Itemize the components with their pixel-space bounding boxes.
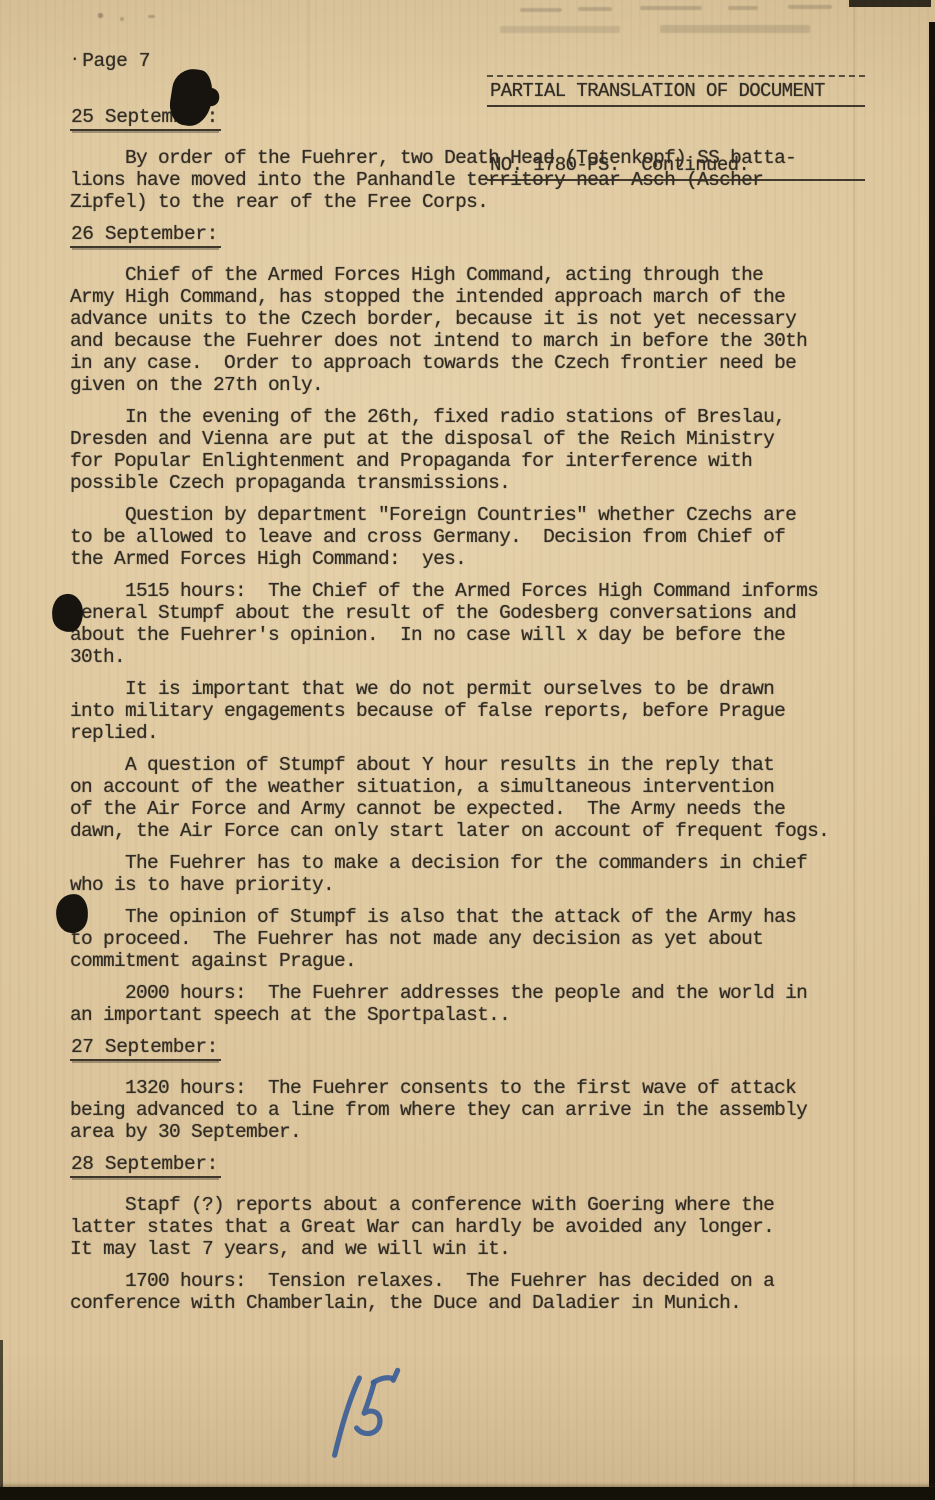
document-body: 25 September: By order of the Fuehrer, t… (70, 106, 882, 1324)
page-number-label: ·Page 7 (70, 50, 150, 72)
date-heading: 27 September: (70, 1036, 882, 1061)
date-heading-text: 28 September: (70, 1153, 221, 1178)
text-line: 30th. (70, 646, 882, 668)
paragraph: A question of Stumpf about Y hour result… (70, 754, 882, 842)
bleedthrough-mark (728, 6, 758, 10)
scan-edge-right (929, 22, 935, 1500)
date-heading-text: 27 September: (70, 1036, 221, 1061)
paragraph: 1320 hours: The Fuehrer consents to the … (70, 1077, 882, 1143)
text-line: It may last 7 years, and we will win it. (70, 1238, 882, 1260)
date-heading: 25 September: (70, 106, 882, 131)
text-line: Army High Command, has stopped the inten… (70, 286, 882, 308)
text-line: area by 30 September. (70, 1121, 882, 1143)
scan-edge-left (0, 1340, 3, 1500)
text-line: into military engagements because of fal… (70, 700, 882, 722)
text-line: who is to have priority. (70, 874, 882, 896)
paragraph: 1700 hours: Tension relaxes. The Fuehrer… (70, 1270, 882, 1314)
date-section: 27 September: 1320 hours: The Fuehrer co… (70, 1036, 882, 1143)
text-line: the Armed Forces High Command: yes. (70, 548, 882, 570)
bleedthrough-mark (640, 6, 702, 10)
paragraph: 2000 hours: The Fuehrer addresses the pe… (70, 982, 882, 1026)
paragraph: It is important that we do not permit ou… (70, 678, 882, 744)
stray-dot-mark: · (70, 50, 79, 68)
text-line: The opinion of Stumpf is also that the a… (70, 906, 882, 928)
text-line: given on the 27th only. (70, 374, 882, 396)
date-heading-text: 25 September: (70, 106, 221, 131)
paragraph: Question by department "Foreign Countrie… (70, 504, 882, 570)
text-line: advance units to the Czech border, becau… (70, 308, 882, 330)
text-line: of the Air Force and Army cannot be expe… (70, 798, 882, 820)
text-line: In the evening of the 26th, fixed radio … (70, 406, 882, 428)
text-line: conference with Chamberlain, the Duce an… (70, 1292, 882, 1314)
stray-speck (120, 17, 124, 21)
text-line: dawn, the Air Force can only start later… (70, 820, 882, 842)
text-line: to be allowed to leave and cross Germany… (70, 526, 882, 548)
text-line: 2000 hours: The Fuehrer addresses the pe… (70, 982, 882, 1004)
paragraph: The opinion of Stumpf is also that the a… (70, 906, 882, 972)
bleedthrough-mark (788, 5, 832, 9)
paragraph: Stapf (?) reports about a conference wit… (70, 1194, 882, 1260)
date-section: 28 September: Stapf (?) reports about a … (70, 1153, 882, 1314)
text-line: to proceed. The Fuehrer has not made any… (70, 928, 882, 950)
text-line: and because the Fuehrer does not intend … (70, 330, 882, 352)
scan-edge-bottom (0, 1487, 935, 1500)
text-line: 1515 hours: The Chief of the Armed Force… (70, 580, 882, 602)
text-line: replied. (70, 722, 882, 744)
text-line: latter states that a Great War can hardl… (70, 1216, 882, 1238)
text-line: By order of the Fuehrer, two Death Head … (70, 147, 882, 169)
text-line: about the Fuehrer's opinion. In no case … (70, 624, 882, 646)
text-line: Stapf (?) reports about a conference wit… (70, 1194, 882, 1216)
date-heading-text: 26 September: (70, 223, 221, 248)
text-line: It is important that we do not permit ou… (70, 678, 882, 700)
paragraph: The Fuehrer has to make a decision for t… (70, 852, 882, 896)
handwritten-page-number (310, 1364, 406, 1469)
text-line: Zipfel) to the rear of the Free Corps. (70, 191, 882, 213)
date-section: 25 September: By order of the Fuehrer, t… (70, 106, 882, 213)
text-line: A question of Stumpf about Y hour result… (70, 754, 882, 776)
text-line: General Stumpf about the result of the G… (70, 602, 882, 624)
paragraph: 1515 hours: The Chief of the Armed Force… (70, 580, 882, 668)
handwritten-15-strokes (310, 1364, 406, 1469)
page-number-text: Page 7 (82, 50, 150, 72)
text-line: The Fuehrer has to make a decision for t… (70, 852, 882, 874)
date-heading: 26 September: (70, 223, 882, 248)
text-line: being advanced to a line from where they… (70, 1099, 882, 1121)
bleedthrough-mark (578, 7, 612, 11)
text-line: Dresden and Vienna are put at the dispos… (70, 428, 882, 450)
text-line: an important speech at the Sportpalast.. (70, 1004, 882, 1026)
bleedthrough-mark (520, 8, 562, 12)
paragraph: In the evening of the 26th, fixed radio … (70, 406, 882, 494)
text-line: on account of the weather situation, a s… (70, 776, 882, 798)
text-line: possible Czech propaganda transmissions. (70, 472, 882, 494)
paragraph: Chief of the Armed Forces High Command, … (70, 264, 882, 396)
text-line: lions have moved into the Panhandle terr… (70, 169, 882, 191)
stray-speck (98, 13, 103, 18)
date-section: 26 September: Chief of the Armed Forces … (70, 223, 882, 1026)
header-title-line: PARTIAL TRANSLATION OF DOCUMENT (487, 75, 865, 107)
text-line: commitment against Prague. (70, 950, 882, 972)
date-heading: 28 September: (70, 1153, 882, 1178)
text-line: 1320 hours: The Fuehrer consents to the … (70, 1077, 882, 1099)
text-line: in any case. Order to approach towards t… (70, 352, 882, 374)
text-line: Question by department "Foreign Countrie… (70, 504, 882, 526)
text-line: for Popular Enlightenment and Propaganda… (70, 450, 882, 472)
scan-edge-top-right (849, 0, 931, 7)
paragraph: By order of the Fuehrer, two Death Head … (70, 147, 882, 213)
text-line: 1700 hours: Tension relaxes. The Fuehrer… (70, 1270, 882, 1292)
text-line: Chief of the Armed Forces High Command, … (70, 264, 882, 286)
stray-speck (148, 15, 155, 18)
